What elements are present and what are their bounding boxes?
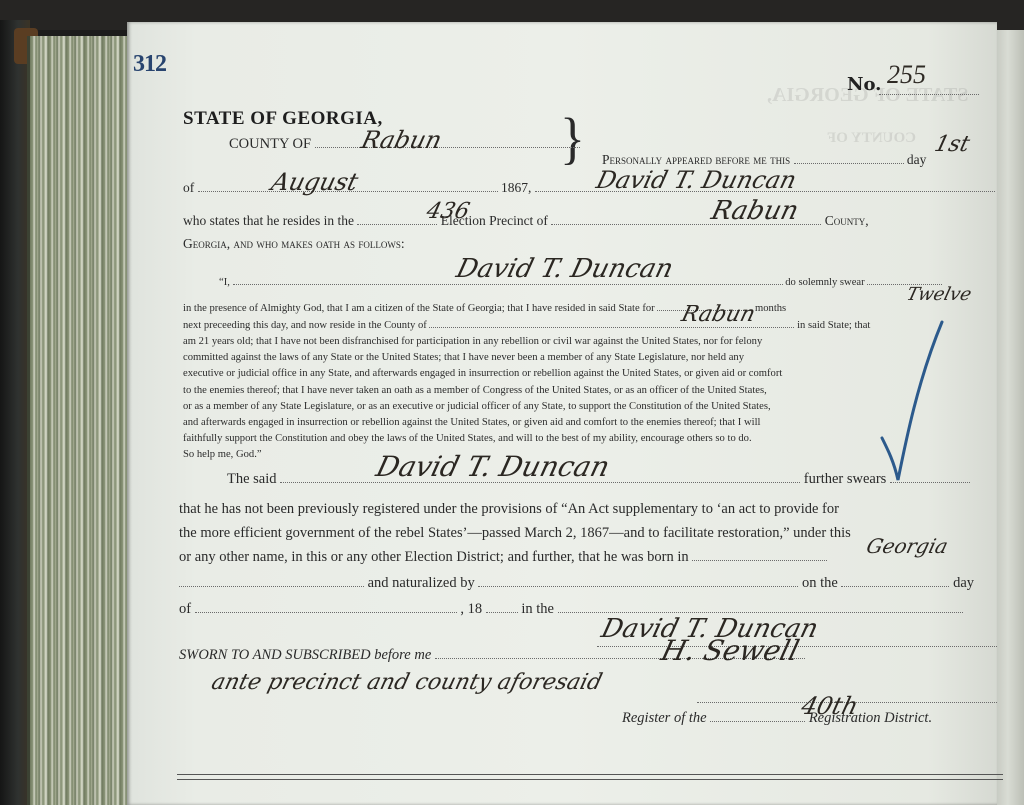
oath-intro: Georgia, and who makes oath as follows: <box>183 236 405 252</box>
page-number: 312 <box>133 51 166 78</box>
facing-page-edge <box>997 30 1024 805</box>
year-text: 1867, <box>501 180 531 195</box>
naturalized-date-line: of , 18 in the <box>179 600 963 618</box>
birthplace-field <box>692 548 827 561</box>
resides-text: who states that he resides in the <box>183 213 354 228</box>
presence-text: in the presence of Almighty God, that I … <box>183 303 655 314</box>
oath-line: or as a member of any State Legislature,… <box>183 399 782 415</box>
oath-i: “I, <box>219 277 230 288</box>
further-swears-text: further swears <box>804 471 887 487</box>
naturalized-day-field <box>841 574 949 587</box>
footer-rule-2 <box>177 779 1003 780</box>
oath-line: executive or judicial office in any Stat… <box>183 366 782 382</box>
naturalized-line: and naturalized by on the day <box>179 574 974 592</box>
act-body: that he has not been previously register… <box>179 497 851 569</box>
sworn-label: SWORN TO AND SUBSCRIBED <box>179 647 371 663</box>
document-title: STATE OF GEORGIA, <box>183 108 383 130</box>
in-the-text: in the <box>521 601 554 617</box>
county-suffix: County, <box>825 213 869 228</box>
district-number-field <box>710 709 805 722</box>
applicant-name-1: David T. Duncan <box>594 166 800 194</box>
personally-appeared-text: Personally appeared before me this <box>602 152 790 167</box>
naturalized-by-field <box>478 574 798 587</box>
footer-rule-1 <box>177 774 1003 775</box>
act-line: the more efficient government of the reb… <box>179 521 851 545</box>
before-me-text: before me <box>374 647 431 663</box>
of-label: of <box>183 180 194 195</box>
act-line: or any other name, in this or any other … <box>179 549 689 565</box>
blue-checkmark-icon <box>876 320 946 490</box>
record-number-label: No. <box>847 74 881 95</box>
oath-line: faithfully support the Constitution and … <box>183 431 782 447</box>
said-state-text: in said State; that <box>797 320 870 331</box>
page-edges <box>27 36 130 805</box>
register-of-the-text: Register of the <box>622 710 707 726</box>
naturalized-place-field <box>179 574 364 587</box>
solemnly-swear: do solemnly swear <box>785 277 864 288</box>
year-prefix: , 18 <box>460 601 482 617</box>
month-handwritten: August <box>269 168 362 196</box>
county-label: COUNTY OF <box>229 136 311 152</box>
residence-county-handwritten: Rabun <box>679 302 758 327</box>
day-label-2: day <box>953 575 974 591</box>
county-handwritten: Rabun <box>359 126 445 154</box>
district-number-handwritten: 40th <box>799 692 862 720</box>
oath-body: am 21 years old; that I have not been di… <box>183 334 782 464</box>
act-line: that he has not been previously register… <box>179 497 851 521</box>
day-label: day <box>907 152 927 167</box>
precinct-county-handwritten: Rabun <box>708 196 801 226</box>
registrar-signature: H. Sewell <box>658 634 803 667</box>
of-label-2: of <box>179 601 191 617</box>
georgia-oath-text: Georgia, and who makes oath as follows: <box>183 236 405 251</box>
annotation-handwritten: ante precinct and county aforesaid <box>209 670 605 695</box>
naturalized-court-field <box>558 600 963 613</box>
county-field <box>315 135 580 148</box>
on-the-text: on the <box>802 575 838 591</box>
naturalized-year-field <box>486 600 518 613</box>
day-handwritten: 1st <box>932 132 972 157</box>
oath-line: and afterwards engaged in insurrection o… <box>183 415 782 431</box>
naturalized-month-field <box>195 600 457 613</box>
record-number: 255 <box>887 60 926 90</box>
preceeding-line: next preceeding this day, and now reside… <box>183 315 870 331</box>
register-line: Register of the Registration District. <box>622 709 932 727</box>
naturalized-by-text: and naturalized by <box>368 575 475 591</box>
book-cover-spine <box>0 20 30 805</box>
day-field <box>794 151 904 164</box>
months-handwritten: Twelve <box>904 284 973 305</box>
applicant-name-3: David T. Duncan <box>373 450 613 483</box>
oath-line: committed against the laws of any State … <box>183 350 782 366</box>
months-label: months <box>755 303 786 314</box>
preceeding-text: next preceeding this day, and now reside… <box>183 320 427 331</box>
oath-line: am 21 years old; that I have not been di… <box>183 334 782 350</box>
bleed-through-county: COUNTY OF <box>827 130 916 147</box>
register-page: STATE OF GEORGIA, COUNTY OF 312 No. 255 … <box>127 22 997 805</box>
birthplace-handwritten: Georgia <box>864 534 951 558</box>
precinct-number-handwritten: 436 <box>424 199 472 224</box>
the-said-text: The said <box>227 471 277 487</box>
oath-line: to the enemies thereof; that I have neve… <box>183 383 782 399</box>
applicant-name-2: David T. Duncan <box>453 254 676 284</box>
born-line: or any other name, in this or any other … <box>179 545 851 569</box>
